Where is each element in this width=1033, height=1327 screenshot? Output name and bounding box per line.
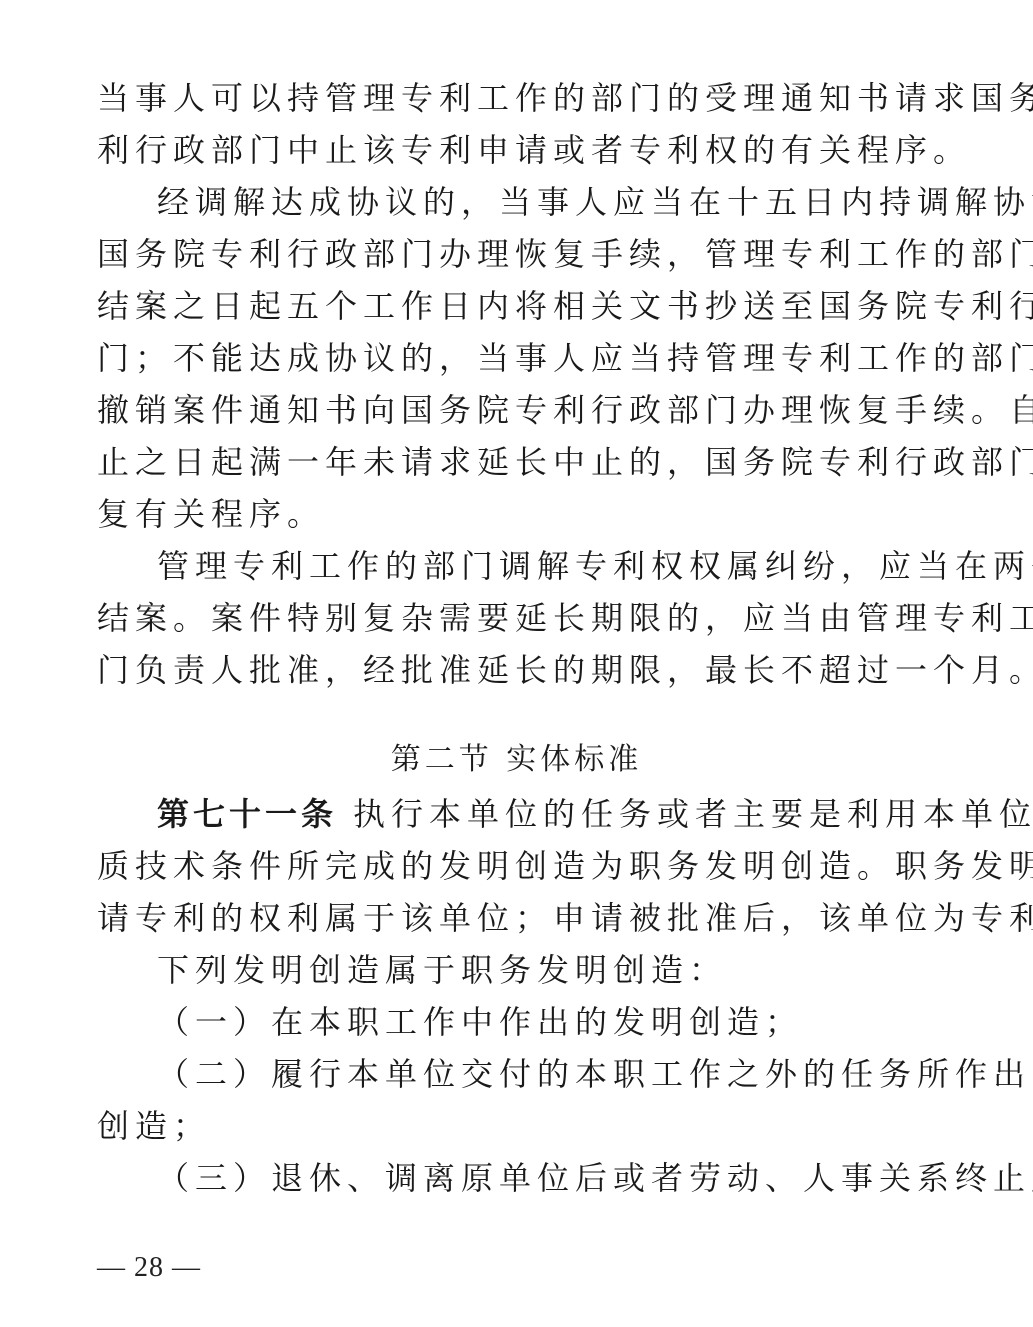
list-item-2-line-1: （二）履行本单位交付的本职工作之外的任务所作出的发明: [157, 1054, 907, 1094]
paragraph-3-line-1: 管理专利工作的部门调解专利权权属纠纷，应当在两个月内: [157, 546, 907, 586]
paragraph-2-line-2: 国务院专利行政部门办理恢复手续，管理专利工作的部门应当自: [97, 234, 907, 274]
list-item-3-line-1: （三）退休、调离原单位后或者劳动、人事关系终止后一年: [157, 1158, 907, 1198]
paragraph-2-line-1: 经调解达成协议的，当事人应当在十五日内持调解协议书向: [157, 182, 907, 222]
paragraph-1-line-1: 当事人可以持管理专利工作的部门的受理通知书请求国务院专: [97, 78, 907, 118]
list-item-2-line-2: 创造；: [97, 1106, 907, 1146]
paragraph-2-line-3: 结案之日起五个工作日内将相关文书抄送至国务院专利行政部: [97, 286, 907, 326]
document-page: 当事人可以持管理专利工作的部门的受理通知书请求国务院专 利行政部门中止该专利申请…: [0, 0, 1033, 1327]
paragraph-1-line-2: 利行政部门中止该专利申请或者专利权的有关程序。: [97, 130, 907, 170]
paragraph-3-line-3: 门负责人批准，经批准延长的期限，最长不超过一个月。: [97, 650, 907, 690]
paragraph-2-line-7: 复有关程序。: [97, 494, 907, 534]
list-intro: 下列发明创造属于职务发明创造：: [157, 950, 907, 990]
article-number: 第七十一条: [157, 795, 337, 833]
paragraph-3-line-2: 结案。案件特别复杂需要延长期限的，应当由管理专利工作的部: [97, 598, 907, 638]
article-71-text-1: 执行本单位的任务或者主要是利用本单位的物: [353, 795, 1033, 833]
page-number: — 28 —: [97, 1250, 201, 1286]
article-71-line-3: 请专利的权利属于该单位；申请被批准后，该单位为专利权人。: [97, 898, 907, 938]
section-heading: 第二节 实体标准: [0, 740, 1033, 780]
article-71-line-2: 质技术条件所完成的发明创造为职务发明创造。职务发明创造申: [97, 846, 907, 886]
article-71-line-1: 第七十一条执行本单位的任务或者主要是利用本单位的物: [157, 794, 907, 834]
paragraph-2-line-4: 门；不能达成协议的，当事人应当持管理专利工作的部门出具的: [97, 338, 907, 378]
list-item-1: （一）在本职工作中作出的发明创造；: [157, 1002, 907, 1042]
paragraph-2-line-6: 止之日起满一年未请求延长中止的，国务院专利行政部门自行恢: [97, 442, 907, 482]
paragraph-2-line-5: 撤销案件通知书向国务院专利行政部门办理恢复手续。自请求中: [97, 390, 907, 430]
